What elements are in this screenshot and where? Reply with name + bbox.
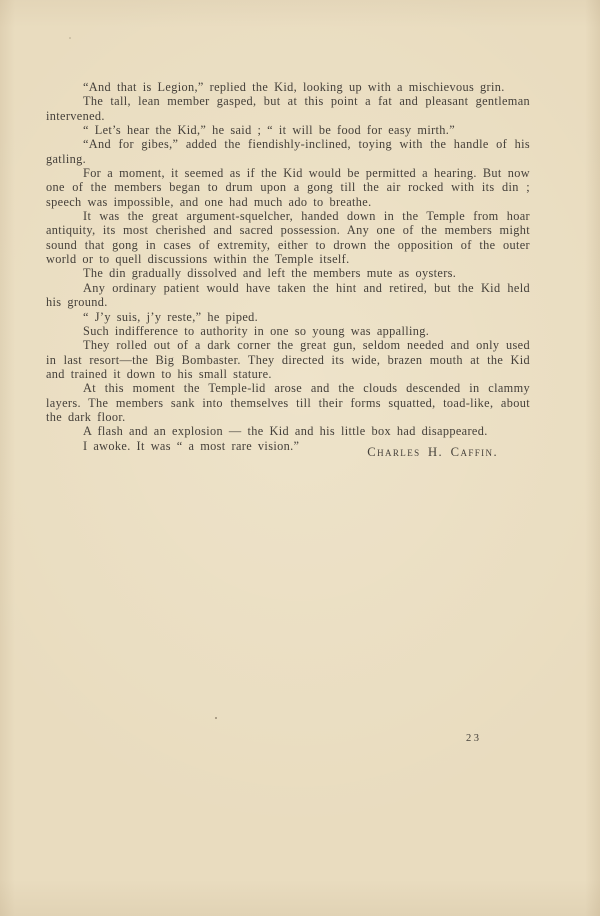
paper-speck <box>215 717 217 719</box>
paragraph: The tall, lean member gasped, but at thi… <box>46 94 530 123</box>
page-number: 23 <box>466 733 482 744</box>
paragraph: Any ordinary patient would have taken th… <box>46 281 530 310</box>
paragraph: “ J’y suis, j’y reste,” he piped. <box>46 310 530 324</box>
text-block: “And that is Legion,” replied the Kid, l… <box>46 80 530 459</box>
paragraph: “And that is Legion,” replied the Kid, l… <box>46 80 530 94</box>
paper-speck <box>69 37 71 39</box>
paragraph: For a moment, it seemed as if the Kid wo… <box>46 166 530 209</box>
paragraph: “And for gibes,” added the fiendishly-in… <box>46 137 530 166</box>
paragraph: Such indifference to authority in one so… <box>46 324 530 338</box>
paragraph: The din gradually dissolved and left the… <box>46 266 530 280</box>
paragraph: At this moment the Temple-lid arose and … <box>46 381 530 424</box>
paragraph: It was the great argument-squelcher, han… <box>46 209 530 266</box>
book-page: “And that is Legion,” replied the Kid, l… <box>0 0 600 916</box>
paragraph: A flash and an explosion — the Kid and h… <box>46 424 530 438</box>
paragraph: They rolled out of a dark corner the gre… <box>46 338 530 381</box>
paragraph: “ Let’s hear the Kid,” he said ; “ it wi… <box>46 123 530 137</box>
